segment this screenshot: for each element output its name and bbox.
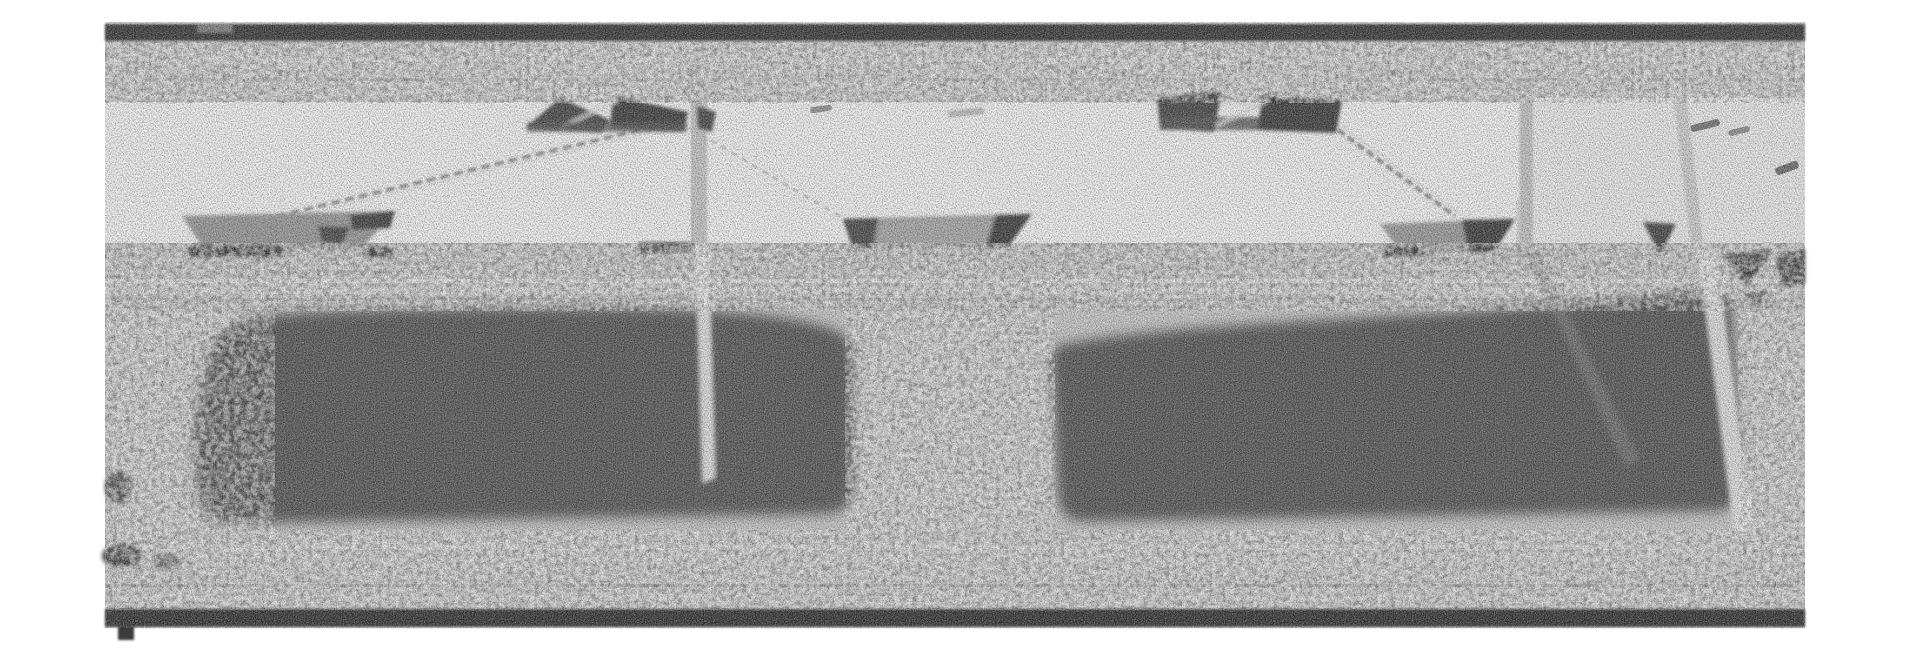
photo-figure	[0, 0, 1920, 662]
film-grain-light	[105, 22, 1805, 628]
film-grain	[105, 22, 1805, 628]
scanned-photo	[0, 0, 1920, 662]
